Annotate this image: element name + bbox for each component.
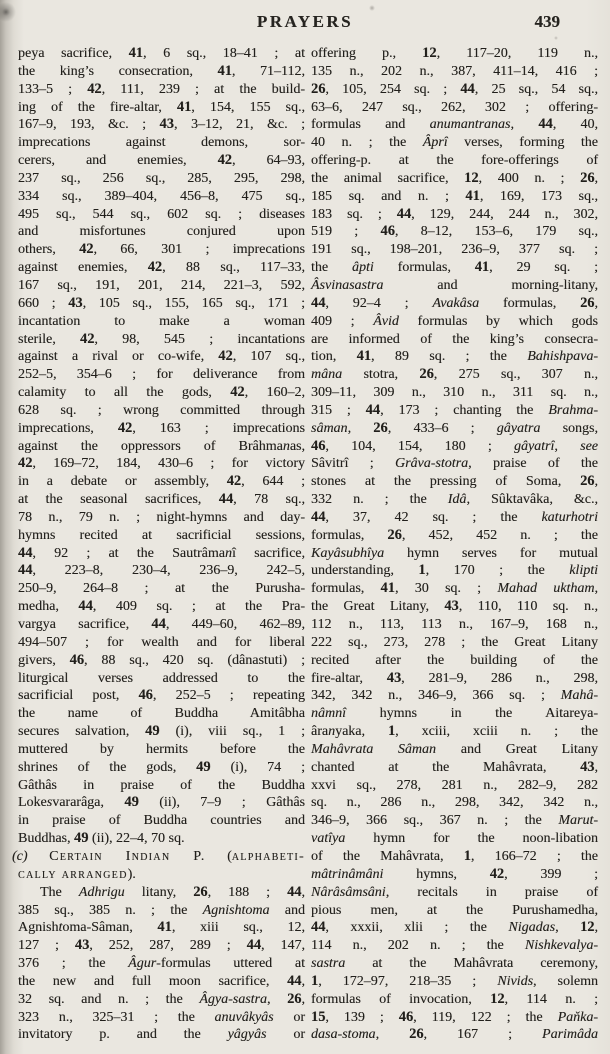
- text-line: ing of the fire-altar, 41, 154, 155 sq.,: [18, 99, 305, 117]
- text-line: 167–9, 193, &c. ; 43, 3–12, 21, &c. ;: [18, 116, 305, 134]
- text-line: vargya sacrifice, 44, 449–60, 462–89,: [18, 616, 305, 634]
- text-line: sq. n., 286 n., 298, 342, 342 n.,: [311, 794, 598, 812]
- text-line: 222 sq., 273, 278 ; the Great Litany: [311, 634, 598, 652]
- text-line: the king’s consecration, 41, 71–112,: [18, 63, 305, 81]
- text-line: stones at the pressing of Soma, 26,: [311, 473, 598, 491]
- page-number: 439: [535, 12, 561, 32]
- text-line: Buddhas, 49 (ii), 22–4, 70 sq.: [18, 830, 305, 848]
- text-line: others, 42, 66, 301 ; imprecations: [18, 241, 305, 259]
- text-line: Âsvinasastra and morning-litany,: [311, 277, 598, 295]
- text-line: nâmnî hymns in the Aitareya-: [311, 705, 598, 723]
- text-line: at the seasonal sacrifices, 44, 78 sq.,: [18, 491, 305, 509]
- text-line: 409 ; Âvid formulas by which gods: [311, 313, 598, 331]
- text-line: 40 n. ; the Âprî verses, forming the: [311, 134, 598, 152]
- text-line: 114 n., 202 n. ; the Nishkevalya-: [311, 937, 598, 955]
- text-line: 78 n., 79 n. ; night-hymns and day-: [18, 509, 305, 527]
- text-line: offering-p. at the fore-offerings of: [311, 152, 598, 170]
- text-line: 346–9, 366 sq., 367 n. ; the Marut-: [311, 812, 598, 830]
- text-line: 44, 92 ; at the Sautrâmanî sacrifice,: [18, 545, 305, 563]
- text-line: 332 n. ; the Idâ, Sûktavâka, &c.,: [311, 491, 598, 509]
- text-line: shrines of the gods, 49 (i), 74 ;: [18, 759, 305, 777]
- text-line: imprecations against demons, sor-: [18, 134, 305, 152]
- text-line: imprecations, 42, 163 ; imprecations: [18, 420, 305, 438]
- text-column-right: offering p., 12, 117–20, 119 n.,135 n., …: [311, 45, 598, 1044]
- text-line: 167 sq., 191, 201, 214, 221–3, 592,: [18, 277, 305, 295]
- text-line: 495 sq., 544 sq., 602 sq. ; diseases: [18, 206, 305, 224]
- text-line: sacrificial post, 46, 252–5 ; repeating: [18, 687, 305, 705]
- text-line: 42, 169–72, 184, 430–6 ; for victory: [18, 455, 305, 473]
- text-line: against enemies, 42, 88 sq., 117–33,: [18, 259, 305, 277]
- text-line: liturgical verses addressed to the: [18, 670, 305, 688]
- text-line: sterile, 42, 98, 545 ; incantations: [18, 331, 305, 349]
- text-line: 334 sq., 389–404, 456–8, 475 sq.,: [18, 188, 305, 206]
- text-line: 135 n., 202 n., 387, 411–14, 416 ;: [311, 63, 598, 81]
- text-line: 519 ; 46, 8–12, 153–6, 179 sq.,: [311, 223, 598, 241]
- text-line: tion, 41, 89 sq. ; the Bahishpava-: [311, 348, 598, 366]
- text-line: 44, xxxii, xlii ; the Nigadas, 12,: [311, 919, 598, 937]
- text-line: 323 n., 325–31 ; the anuvâkyâs or: [18, 1009, 305, 1027]
- text-line: The Adhrigu litany, 26, 188 ; 44,: [18, 884, 305, 902]
- text-line: 385 sq., 385 n. ; the Agnishtoma and: [18, 902, 305, 920]
- text-line: 376 ; the Âgur-formulas uttered at: [18, 955, 305, 973]
- text-line: 185 sq. and n. ; 41, 169, 173 sq.,: [311, 188, 598, 206]
- text-line: Nârâsâmsâni, recitals in praise of: [311, 884, 598, 902]
- text-line: (c) Certain Indian P. (alphabeti-: [12, 848, 305, 866]
- text-line: 26, 105, 254 sq. ; 44, 25 sq., 54 sq.,: [311, 81, 598, 99]
- text-line: in a debate or assembly, 42, 644 ;: [18, 473, 305, 491]
- text-line: âranyaka, 1, xciii, xciii n. ; the: [311, 723, 598, 741]
- text-line: 63–6, 247 sq., 262, 302 ; offering-: [311, 99, 598, 117]
- text-line: formulas of invocation, 12, 114 n. ;: [311, 991, 598, 1009]
- text-line: offering p., 12, 117–20, 119 n.,: [311, 45, 598, 63]
- text-line: mâna stotra, 26, 275 sq., 307 n.,: [311, 366, 598, 384]
- text-line: sastra at the Mahâvrata ceremony,: [311, 955, 598, 973]
- text-line: cally arranged).: [18, 866, 305, 884]
- text-line: 46, 104, 154, 180 ; gâyatrî, see: [311, 438, 598, 456]
- text-line: Kayâsubhîya hymn serves for mutual: [311, 545, 598, 563]
- text-line: Sâvitrî ; Grâva-stotra, praise of the: [311, 455, 598, 473]
- text-line: 32 sq. and n. ; the Âgya-sastra, 26,: [18, 991, 305, 1009]
- text-line: 315 ; 44, 173 ; chanting the Brahma-: [311, 402, 598, 420]
- text-line: muttered by hermits before the: [18, 741, 305, 759]
- text-line: formulas, 26, 452, 452 n. ; the: [311, 527, 598, 545]
- text-line: 112 n., 113, 113 n., 167–9, 168 n.,: [311, 616, 598, 634]
- text-column-left: peya sacrifice, 41, 6 sq., 18–41 ; atthe…: [18, 45, 305, 1044]
- text-line: 660 ; 43, 105 sq., 155, 165 sq., 171 ;: [18, 295, 305, 313]
- text-line: formulas, 41, 30 sq. ; Mahad uktham,: [311, 580, 598, 598]
- text-line: 44, 223–8, 230–4, 236–9, 242–5,: [18, 562, 305, 580]
- text-line: in praise of Buddha countries and: [18, 812, 305, 830]
- text-line: the name of Buddha Amitâbha: [18, 705, 305, 723]
- text-line: of the Mahâvrata, 1, 166–72 ; the: [311, 848, 598, 866]
- text-line: incantation to make a woman: [18, 313, 305, 331]
- text-line: Gâthâs in praise of the Buddha: [18, 777, 305, 795]
- text-line: the Great Litany, 43, 110, 110 sq. n.,: [311, 598, 598, 616]
- text-line: 342, 342 n., 346–9, 366 sq. ; Mahâ-: [311, 687, 598, 705]
- text-line: and misfortunes conjured upon: [18, 223, 305, 241]
- text-line: 1, 172–97, 218–35 ; Nivids, solemn: [311, 973, 598, 991]
- text-line: against a rival or co-wife, 42, 107 sq.,: [18, 348, 305, 366]
- text-line: recited after the building of the: [311, 652, 598, 670]
- text-line: 252–5, 354–6 ; for deliverance from: [18, 366, 305, 384]
- text-line: 628 sq. ; wrong committed through: [18, 402, 305, 420]
- text-line: peya sacrifice, 41, 6 sq., 18–41 ; at: [18, 45, 305, 63]
- text-line: pious men, at the Purushamedha,: [311, 902, 598, 920]
- text-line: the new and full moon sacrifice, 44,: [18, 973, 305, 991]
- text-line: hymns recited at sacrificial sessions,: [18, 527, 305, 545]
- text-line: mâtrinâmâni hymns, 42, 399 ;: [311, 866, 598, 884]
- text-line: medha, 44, 409 sq. ; at the Pra-: [18, 598, 305, 616]
- text-line: 44, 37, 42 sq. ; the katurhotri: [311, 509, 598, 527]
- running-header: PRAYERS 439: [0, 12, 610, 34]
- text-line: 494–507 ; for wealth and for liberal: [18, 634, 305, 652]
- text-line: Agnishtoma-Sâman, 41, xiii sq., 12,: [18, 919, 305, 937]
- text-line: sâman, 26, 433–6 ; gâyatra songs,: [311, 420, 598, 438]
- text-line: 309–11, 309 n., 310 n., 311 sq. n.,: [311, 384, 598, 402]
- text-line: 15, 139 ; 46, 119, 122 ; the Paňka-: [311, 1009, 598, 1027]
- text-line: givers, 46, 88 sq., 420 sq. (dânastuti) …: [18, 652, 305, 670]
- text-line: 250–9, 264–8 ; at the Purusha-: [18, 580, 305, 598]
- text-line: 127 ; 43, 252, 287, 289 ; 44, 147,: [18, 937, 305, 955]
- text-line: 237 sq., 256 sq., 285, 295, 298,: [18, 170, 305, 188]
- text-line: cerers, and enemies, 42, 64–93,: [18, 152, 305, 170]
- text-line: secures salvation, 49 (i), viii sq., 1 ;: [18, 723, 305, 741]
- text-line: against the oppressors of Brâhmanas,: [18, 438, 305, 456]
- text-line: 183 sq. ; 44, 129, 244, 244 n., 302,: [311, 206, 598, 224]
- text-line: chanted at the Mahâvrata, 43,: [311, 759, 598, 777]
- text-line: dasa-stoma, 26, 167 ; Parimâda: [311, 1026, 598, 1044]
- text-line: invitatory p. and the yâgyâs or: [18, 1026, 305, 1044]
- text-line: 191 sq., 198–201, 236–9, 377 sq. ;: [311, 241, 598, 259]
- text-line: formulas and anumantranas, 44, 40,: [311, 116, 598, 134]
- text-line: fire-altar, 43, 281–9, 286 n., 298,: [311, 670, 598, 688]
- text-line: the âpti formulas, 41, 29 sq. ;: [311, 259, 598, 277]
- book-page: PRAYERS 439 peya sacrifice, 41, 6 sq., 1…: [0, 0, 610, 1054]
- text-line: 44, 92–4 ; Avakâsa formulas, 26,: [311, 295, 598, 313]
- text-line: vatîya hymn for the noon-libation: [311, 830, 598, 848]
- text-line: the animal sacrifice, 12, 400 n. ; 26,: [311, 170, 598, 188]
- text-line: Lokesvararâga, 49 (ii), 7–9 ; Gâthâs: [18, 794, 305, 812]
- page-title: PRAYERS: [0, 12, 610, 32]
- text-line: calamity to all the gods, 42, 160–2,: [18, 384, 305, 402]
- text-line: 133–5 ; 42, 111, 239 ; at the build-: [18, 81, 305, 99]
- text-line: Mahâvrata Sâman and Great Litany: [311, 741, 598, 759]
- text-line: are informed of the king’s consecra-: [311, 331, 598, 349]
- text-line: xxvi sq., 278, 281 n., 282–9, 282: [311, 777, 598, 795]
- text-line: understanding, 1, 170 ; the klipti: [311, 562, 598, 580]
